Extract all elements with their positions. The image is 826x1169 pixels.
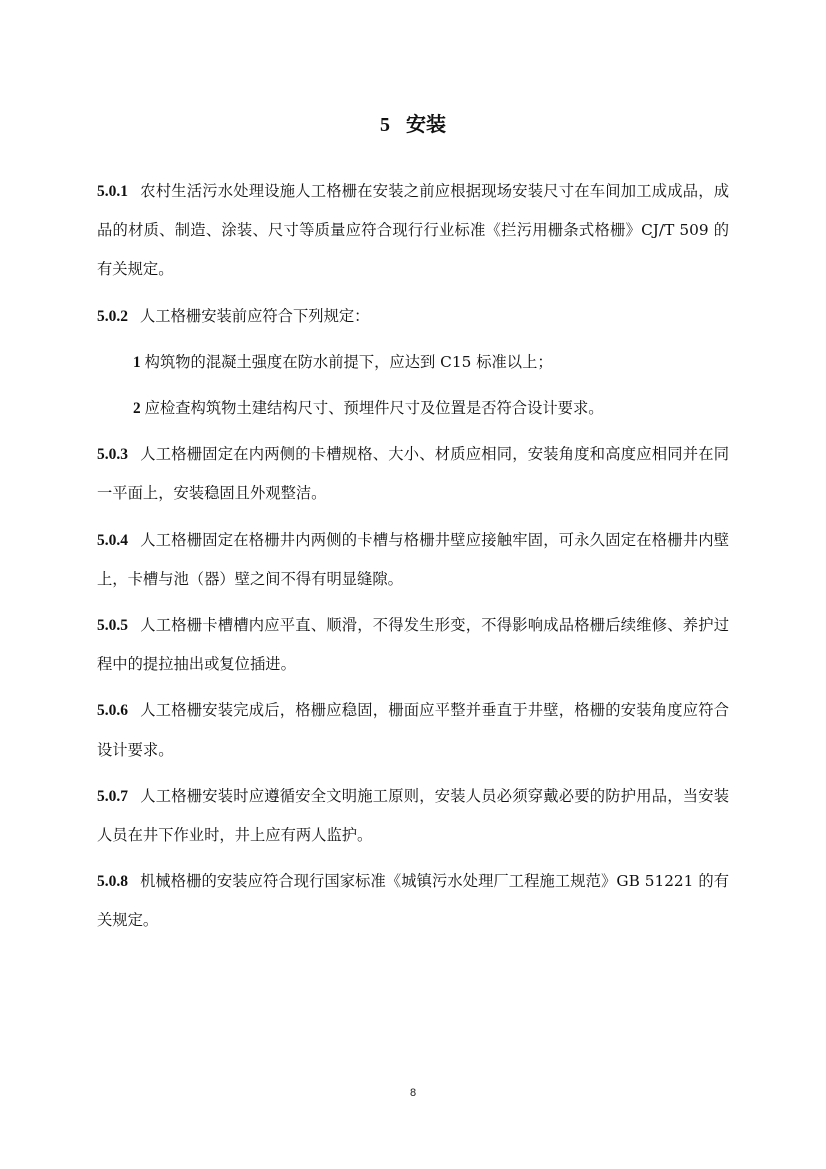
clause-5-0-4: 5.0.4人工格栅固定在格栅井内两侧的卡槽与格栅井壁应接触牢固，可永久固定在格栅… (97, 521, 729, 599)
clause-5-0-5: 5.0.5人工格栅卡槽槽内应平直、顺滑，不得发生形变，不得影响成品格栅后续维修、… (97, 606, 729, 684)
clause-number: 5.0.2 (97, 308, 128, 325)
clause-text: 人工格栅固定在内两侧的卡槽规格、大小、材质应相同，安装角度和高度应相同并在同一平… (97, 445, 729, 502)
clause-5-0-2: 5.0.2人工格栅安装前应符合下列规定： (97, 297, 729, 336)
document-body: 5.0.1农村生活污水处理设施人工格栅在安装之前应根据现场安装尺寸在车间加工成成… (97, 172, 729, 948)
clause-5-0-8: 5.0.8机械格栅的安装应符合现行国家标准《城镇污水处理厂工程施工规范》GB 5… (97, 862, 729, 940)
clause-5-0-2-item-1: 1构筑物的混凝土强度在防水前提下，应达到 C15 标准以上； (97, 343, 729, 382)
clause-number: 5.0.1 (97, 183, 128, 200)
clause-5-0-7: 5.0.7人工格栅安装时应遵循安全文明施工原则，安装人员必须穿戴必要的防护用品，… (97, 777, 729, 855)
chapter-number: 5 (380, 114, 390, 136)
clause-number: 5.0.4 (97, 532, 128, 549)
item-text: 应检查构筑物土建结构尺寸、预埋件尺寸及位置是否符合设计要求。 (145, 399, 604, 417)
chapter-title: 安装 (406, 112, 446, 136)
item-number: 1 (133, 354, 141, 371)
clause-text: 人工格栅固定在格栅井内两侧的卡槽与格栅井壁应接触牢固，可永久固定在格栅井内壁上，… (97, 531, 729, 588)
clause-number: 5.0.7 (97, 788, 128, 805)
clause-number: 5.0.6 (97, 702, 128, 719)
clause-text: 农村生活污水处理设施人工格栅在安装之前应根据现场安装尺寸在车间加工成成品，成品的… (97, 182, 729, 278)
clause-text: 人工格栅安装前应符合下列规定： (140, 307, 369, 325)
document-page: 5安装 5.0.1农村生活污水处理设施人工格栅在安装之前应根据现场安装尺寸在车间… (0, 0, 826, 1169)
chapter-heading: 5安装 (0, 108, 826, 137)
clause-text: 人工格栅安装时应遵循安全文明施工原则，安装人员必须穿戴必要的防护用品，当安装人员… (97, 787, 729, 844)
clause-5-0-2-item-2: 2应检查构筑物土建结构尺寸、预埋件尺寸及位置是否符合设计要求。 (97, 389, 729, 428)
clause-5-0-6: 5.0.6人工格栅安装完成后，格栅应稳固，栅面应平整并垂直于井壁，格栅的安装角度… (97, 691, 729, 769)
clause-number: 5.0.3 (97, 446, 128, 463)
page-number: 8 (0, 1087, 826, 1099)
clause-text: 机械格栅的安装应符合现行国家标准《城镇污水处理厂工程施工规范》GB 51221 … (97, 872, 729, 929)
clause-5-0-1: 5.0.1农村生活污水处理设施人工格栅在安装之前应根据现场安装尺寸在车间加工成成… (97, 172, 729, 290)
clause-number: 5.0.8 (97, 873, 128, 890)
item-text: 构筑物的混凝土强度在防水前提下，应达到 C15 标准以上； (145, 353, 553, 371)
clause-5-0-3: 5.0.3人工格栅固定在内两侧的卡槽规格、大小、材质应相同，安装角度和高度应相同… (97, 435, 729, 513)
clause-text: 人工格栅卡槽槽内应平直、顺滑，不得发生形变，不得影响成品格栅后续维修、养护过程中… (97, 616, 729, 673)
item-number: 2 (133, 400, 141, 417)
clause-text: 人工格栅安装完成后，格栅应稳固，栅面应平整并垂直于井壁，格栅的安装角度应符合设计… (97, 701, 729, 758)
clause-number: 5.0.5 (97, 617, 128, 634)
